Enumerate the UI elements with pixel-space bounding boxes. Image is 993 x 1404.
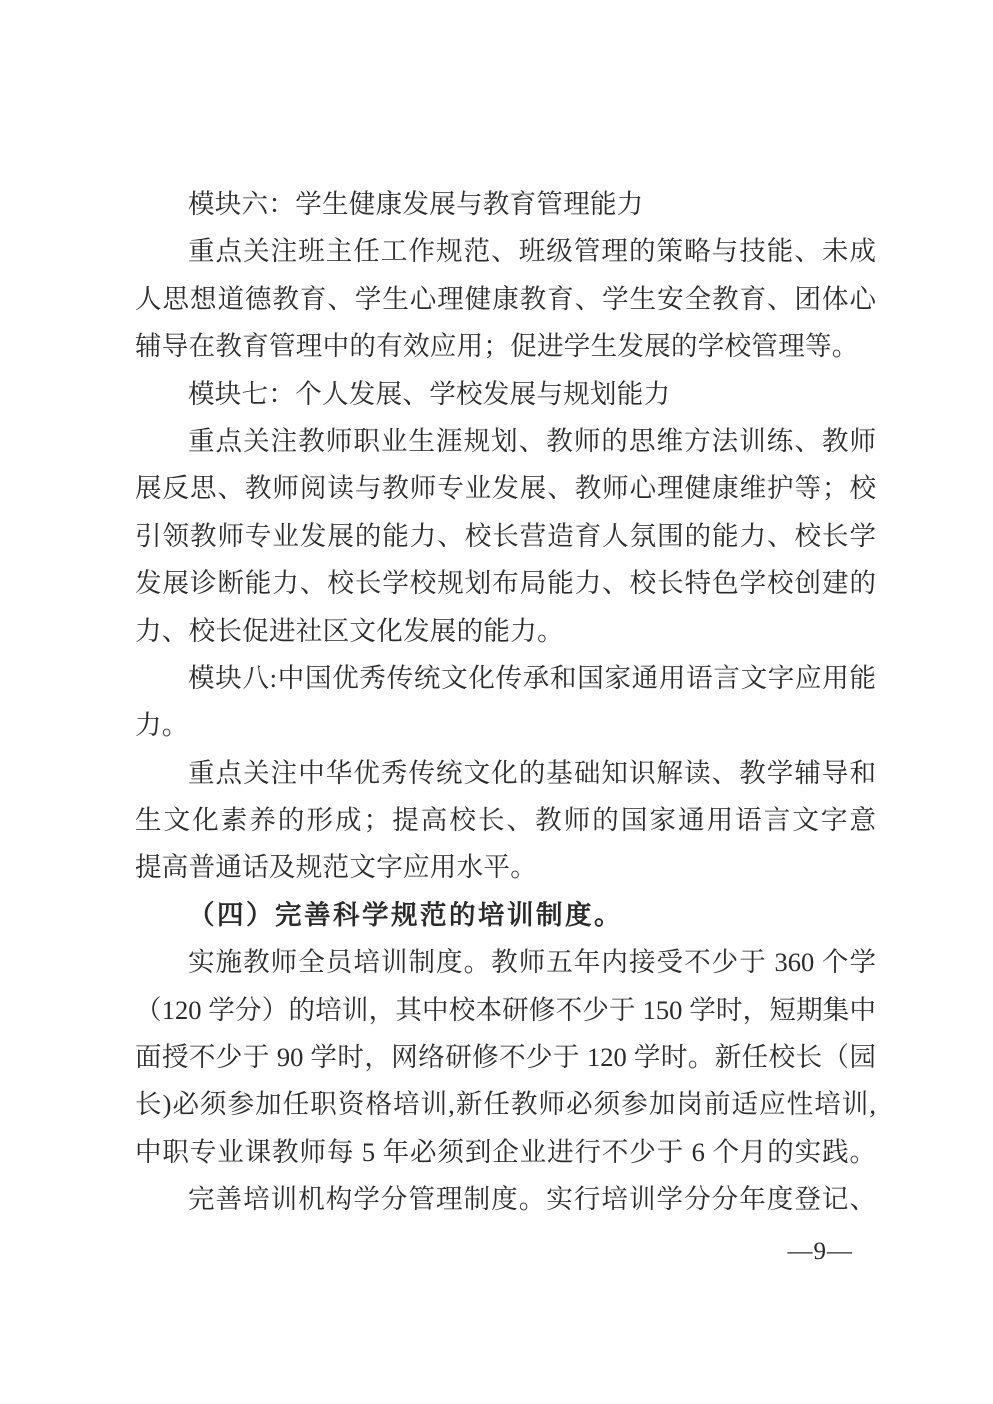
document-page: 模块六：学生健康发展与教育管理能力 重点关注班主任工作规范、班级管理的策略与技能… [0, 0, 993, 1404]
module-six-heading: 模块六：学生健康发展与教育管理能力 [135, 181, 876, 228]
text-line: 生文化素养的形成；提高校长、教师的国家通用语言文字意识， [135, 797, 876, 844]
text-line: 展反思、教师阅读与教师专业发展、教师心理健康维护等；校长 [135, 465, 876, 512]
text-line: （120 学分）的培训，其中校本研修不少于 150 学时，短期集中 [135, 987, 876, 1034]
text-line: 发展诊断能力、校长学校规划布局能力、校长特色学校创建的能 [135, 560, 876, 607]
module-seven-heading: 模块七：个人发展、学校发展与规划能力 [135, 371, 876, 418]
text-line: 重点关注教师职业生涯规划、教师的思维方法训练、教师发 [135, 418, 876, 465]
text-line: 辅导在教育管理中的有效应用；促进学生发展的学校管理等。 [135, 323, 876, 370]
text-line: 长)必须参加任职资格培训,新任教师必须参加岗前适应性培训, [135, 1081, 876, 1128]
text-line: 人思想道德教育、学生心理健康教育、学生安全教育、团体心理 [135, 276, 876, 323]
module-eight-heading: 模块八:中国优秀传统文化传承和国家通用语言文字应用能 [135, 655, 876, 702]
text-line: 中职专业课教师每 5 年必须到企业进行不少于 6 个月的实践。 [135, 1129, 876, 1176]
text-line: 提高普通话及规范文字应用水平。 [135, 844, 876, 891]
text-line: 力。 [135, 702, 876, 749]
text-line: 重点关注班主任工作规范、班级管理的策略与技能、未成年 [135, 228, 876, 275]
text-line: 引领教师专业发展的能力、校长营造育人氛围的能力、校长学校 [135, 513, 876, 560]
document-body: 模块六：学生健康发展与教育管理能力 重点关注班主任工作规范、班级管理的策略与技能… [135, 181, 876, 1224]
text-line: 面授不少于 90 学时，网络研修不少于 120 学时。新任校长（园 [135, 1034, 876, 1081]
page-number: —9— [788, 1236, 854, 1268]
text-line: 完善培训机构学分管理制度。实行培训学分分年度登记、五 [135, 1176, 876, 1223]
text-line: 重点关注中华优秀传统文化的基础知识解读、教学辅导和师 [135, 750, 876, 797]
section-four-heading: （四）完善科学规范的培训制度。 [135, 892, 876, 939]
text-line: 力、校长促进社区文化发展的能力。 [135, 608, 876, 655]
text-line: 实施教师全员培训制度。教师五年内接受不少于 360 个学时 [135, 939, 876, 986]
